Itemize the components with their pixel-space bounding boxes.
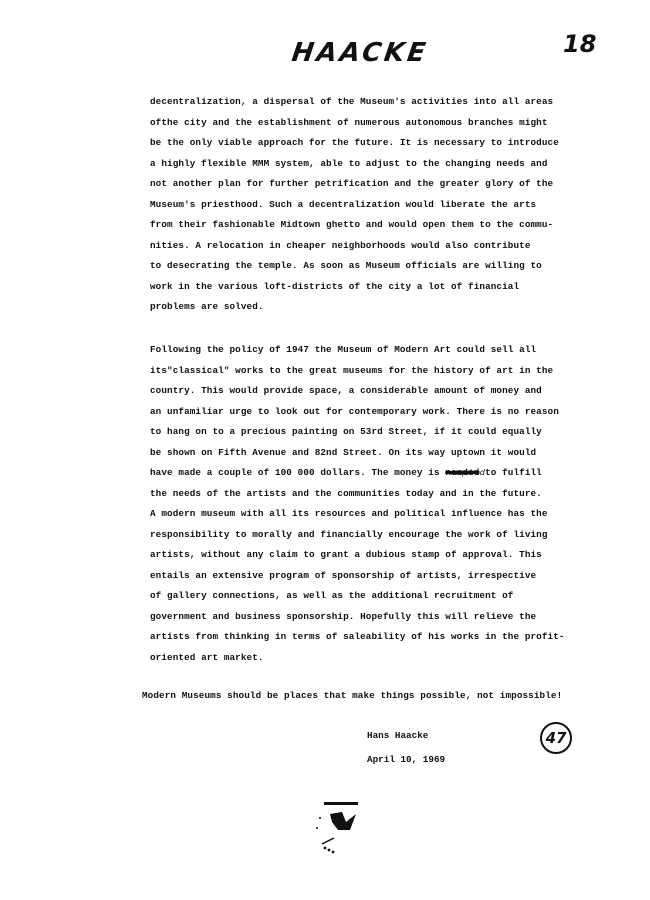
- text-line: work in the various loft-districts of th…: [150, 277, 610, 298]
- ink-smudge-icon: [312, 798, 372, 858]
- text-line: entails an extensive program of sponsors…: [150, 566, 610, 587]
- text-line: a highly flexible MMM system, able to ad…: [150, 154, 610, 175]
- text-after-edit: to fulfill: [479, 467, 541, 478]
- edited-text-line: have made a couple of 100 000 dollars. T…: [150, 463, 610, 484]
- text-line: problems are solved.: [150, 297, 610, 318]
- signature-block: Hans Haacke April 10, 1969: [367, 724, 445, 772]
- text-line: to hang on to a precious painting on 53r…: [150, 422, 610, 443]
- text-line: be shown on Fifth Avenue and 82nd Street…: [150, 443, 610, 464]
- closing-statement: Modern Museums should be places that mak…: [142, 686, 602, 707]
- text-line: from their fashionable Midtown ghetto an…: [150, 215, 610, 236]
- handwritten-insert-required: required: [451, 468, 485, 477]
- text-line: ofthe city and the establishment of nume…: [150, 113, 610, 134]
- text-line: oriented art market.: [150, 648, 610, 669]
- paragraph-decentralization: decentralization, a dispersal of the Mus…: [150, 92, 610, 318]
- text-line: an unfamiliar urge to look out for conte…: [150, 402, 610, 423]
- text-line: responsibility to morally and financiall…: [150, 525, 610, 546]
- text-line: to desecrating the temple. As soon as Mu…: [150, 256, 610, 277]
- text-line: Museum's priesthood. Such a decentraliza…: [150, 195, 610, 216]
- text-line: the needs of the artists and the communi…: [150, 484, 610, 505]
- circled-page-annotation: 47: [540, 722, 572, 754]
- text-line: A modern museum with all its resources a…: [150, 504, 610, 525]
- handwritten-page-number: 18: [563, 30, 596, 58]
- text-line: be the only viable approach for the futu…: [150, 133, 610, 154]
- handwritten-header-name: HAACKE: [290, 38, 430, 68]
- text-line: Modern Museums should be places that mak…: [142, 686, 602, 707]
- signature-date: April 10, 1969: [367, 748, 445, 772]
- text-line: artists from thinking in terms of saleab…: [150, 627, 610, 648]
- text-line: nities. A relocation in cheaper neighbor…: [150, 236, 610, 257]
- text-line: decentralization, a dispersal of the Mus…: [150, 92, 610, 113]
- text-line: artists, without any claim to grant a du…: [150, 545, 610, 566]
- text-line: of gallery connections, as well as the a…: [150, 586, 610, 607]
- signature-name: Hans Haacke: [367, 724, 445, 748]
- paragraph-policy-1947: Following the policy of 1947 the Museum …: [150, 340, 610, 668]
- text-line: country. This would provide space, a con…: [150, 381, 610, 402]
- text-before-edit: have made a couple of 100 000 dollars. T…: [150, 467, 445, 478]
- text-line: its"classical" works to the great museum…: [150, 361, 610, 382]
- text-line: government and business sponsorship. Hop…: [150, 607, 610, 628]
- text-line: not another plan for further petrificati…: [150, 174, 610, 195]
- text-line: Following the policy of 1947 the Museum …: [150, 340, 610, 361]
